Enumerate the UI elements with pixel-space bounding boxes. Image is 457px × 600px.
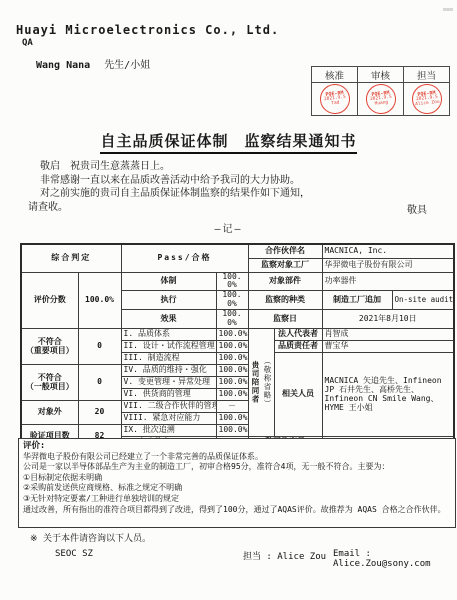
- stamp-name: Huang: [374, 101, 388, 107]
- item-score: 100.0%: [216, 365, 248, 377]
- summary-label: 不符合 （重要项目）: [21, 329, 78, 365]
- evaluation-line: 华羿微电子股份有限公司已经建立了一个非常完善的品质保证体系。: [23, 452, 451, 463]
- stamp-name: Alice Zou: [415, 100, 440, 107]
- document-page: Huayi Microelectronics Co., Ltd. QA Wang…: [0, 0, 457, 600]
- greeting-line: 请查收。: [28, 201, 432, 215]
- approval-stamp-block: 核准 审核 担当 PQE-RM 2021.9.5 Tad PQE-RM 2021…: [311, 66, 450, 116]
- closing-word: 敬具: [407, 201, 427, 216]
- pass-header: Pass/合格: [121, 244, 248, 272]
- summary-value: 100.0%: [78, 272, 121, 329]
- stamp-header-review: 审核: [358, 67, 404, 83]
- item-name: IV. 品质的维持・强化: [121, 365, 216, 377]
- item-score: 100.0%: [216, 413, 248, 425]
- category-score: 100. 0%: [216, 291, 248, 310]
- summary-value: 0: [78, 365, 121, 401]
- summary-label: 不符合 （一般项目）: [21, 365, 78, 401]
- item-name: IX. 批次追溯: [121, 425, 216, 437]
- audit-type2-value: On-site audit: [392, 291, 454, 310]
- summary-label: 评价分数: [21, 272, 78, 329]
- evaluation-line: ①目标制定依据未明确: [23, 473, 451, 484]
- email-label: Email :: [333, 549, 371, 559]
- recipient-line: Wang Nana先生/小姐: [36, 56, 150, 71]
- red-seal-stamp: PQE-RM 2021.9.5 Alice Zou: [410, 83, 443, 116]
- category-name: 执行: [121, 291, 216, 310]
- category-score: 100. 0%: [216, 310, 248, 329]
- info-value: 曹宝华: [322, 341, 454, 353]
- info-label: 合作伙伴名: [248, 244, 322, 258]
- evaluation-title: 评价:: [23, 441, 451, 452]
- info-label: 监察对象工厂: [248, 258, 322, 272]
- related-persons-label: 相关人员: [274, 353, 322, 437]
- escort-vertical-text: 贵司陪同者: [249, 361, 261, 404]
- scan-artifact: [443, 8, 453, 11]
- category-score: 100. 0%: [216, 272, 248, 291]
- item-name: VIII. 紧急对应能力: [121, 413, 216, 425]
- stamp-header-approve: 核准: [312, 67, 358, 83]
- related-persons-value: MACNICA 矢追先生、Infineon JP 石井先生、高桥先生、Infin…: [322, 353, 454, 437]
- item-name: II. 设计・试作流程管理: [121, 341, 216, 353]
- evaluation-box: 评价: 华羿微电子股份有限公司已经建立了一个非常完善的品质保证体系。 公司是一家…: [18, 438, 456, 528]
- recipient-honorific: 先生/小姐: [104, 60, 150, 71]
- greeting-line: 对之前实施的贵司自主品质保证体制监察的结果作如下通知，: [28, 187, 432, 201]
- item-name: I. 品质体系: [121, 329, 216, 341]
- footer-note: ※ 关于本件请咨询以下人员。: [30, 531, 151, 544]
- info-label: 对象部件: [248, 272, 322, 291]
- stamp-header-charge: 担当: [404, 67, 450, 83]
- item-name: V. 变更管理・异常处理: [121, 377, 216, 389]
- department-label: QA: [22, 38, 33, 48]
- record-mark: —记—: [0, 220, 457, 235]
- overall-judgement-header: 综合判定: [21, 244, 121, 272]
- escort-vertical-cell: 贵司陪同者 （敬称省略）: [248, 329, 274, 437]
- item-name: VI. 供货商的管理: [121, 389, 216, 401]
- company-name: Huayi Microelectronics Co., Ltd.: [16, 23, 279, 37]
- contact-label: 担当 :: [243, 552, 272, 562]
- info-label: 品质责任者: [274, 341, 322, 353]
- greeting-line: 非常感谢一直以来在品质改善活动中给予我司的大力协助。: [28, 174, 432, 188]
- escort-note-text: （敬称省略）: [261, 357, 273, 408]
- summary-value: 0: [78, 329, 121, 365]
- info-value: MACNICA, Inc.: [322, 244, 454, 258]
- evaluation-line: ②采购前发送供应商规格、标准之规定不明确: [23, 483, 451, 494]
- item-score: 100.0%: [216, 329, 248, 341]
- red-seal-stamp: PQE-RM 2021.9.5 Tad: [318, 83, 351, 116]
- item-score: 100.0%: [216, 425, 248, 437]
- document-title: 自主品质保证体制 监察结果通知书: [100, 130, 356, 154]
- category-name: 体制: [121, 272, 216, 291]
- recipient-name: Wang Nana: [36, 60, 90, 71]
- item-score: 100.0%: [216, 341, 248, 353]
- audit-result-table: 综合判定 Pass/合格 合作伙伴名 MACNICA, Inc. 监察对象工厂 …: [20, 243, 455, 450]
- evaluation-line: ③无针对特定要素/工种进行单独培训的规定: [23, 494, 451, 505]
- info-value: 华羿微电子股份有限公司: [322, 258, 454, 272]
- summary-value: 20: [78, 401, 121, 425]
- evaluation-line: 通过改善，所有指出的准符合项目都得到了改进，得到了100分，通过了AQAS评价。…: [23, 505, 451, 516]
- item-score: 100.0%: [216, 377, 248, 389]
- item-name: VII. 二级合作伙伴的管理: [121, 401, 216, 413]
- info-value: 功率器件: [322, 272, 454, 291]
- item-name: III. 制造流程: [121, 353, 216, 365]
- red-seal-stamp: PQE-RM 2021.9.5 Huang: [364, 83, 397, 116]
- summary-label: 对象外: [21, 401, 78, 425]
- footer-org: SEOC SZ: [55, 549, 93, 559]
- email-value: Alice.Zou@sony.com: [333, 559, 431, 569]
- audit-date-value: 2021年8月10日: [322, 310, 454, 329]
- footer-email: Email : Alice.Zou@sony.com: [333, 549, 457, 569]
- item-score: 100.0%: [216, 353, 248, 365]
- footer-contact: 担当 : Alice Zou: [243, 549, 326, 562]
- audit-type-value: 制造工厂追加: [322, 291, 392, 310]
- stamp-cell-review: PQE-RM 2021.9.5 Huang: [358, 83, 404, 116]
- evaluation-line: 公司是一家以半导体部品生产为主业的制造工厂，初审合格95分，准符合4项，无一般不…: [23, 462, 451, 473]
- stamp-name: Tad: [331, 101, 340, 107]
- item-score: －: [216, 401, 248, 413]
- stamp-cell-approve: PQE-RM 2021.9.5 Tad: [312, 83, 358, 116]
- info-label: 法人代表者: [274, 329, 322, 341]
- greeting-line: 敬启 祝贵司生意蒸蒸日上。: [28, 160, 432, 174]
- stamp-cell-charge: PQE-RM 2021.9.5 Alice Zou: [404, 83, 450, 116]
- item-score: 100.0%: [216, 389, 248, 401]
- info-value: 肖智成: [322, 329, 454, 341]
- info-label: 监察的种类: [248, 291, 322, 310]
- info-label: 监察日: [248, 310, 322, 329]
- greeting-paragraph: 敬启 祝贵司生意蒸蒸日上。 非常感谢一直以来在品质改善活动中给予我司的大力协助。…: [28, 160, 432, 214]
- category-name: 效果: [121, 310, 216, 329]
- title-row: 自主品质保证体制 监察结果通知书: [0, 130, 457, 154]
- contact-name: Alice Zou: [277, 552, 326, 562]
